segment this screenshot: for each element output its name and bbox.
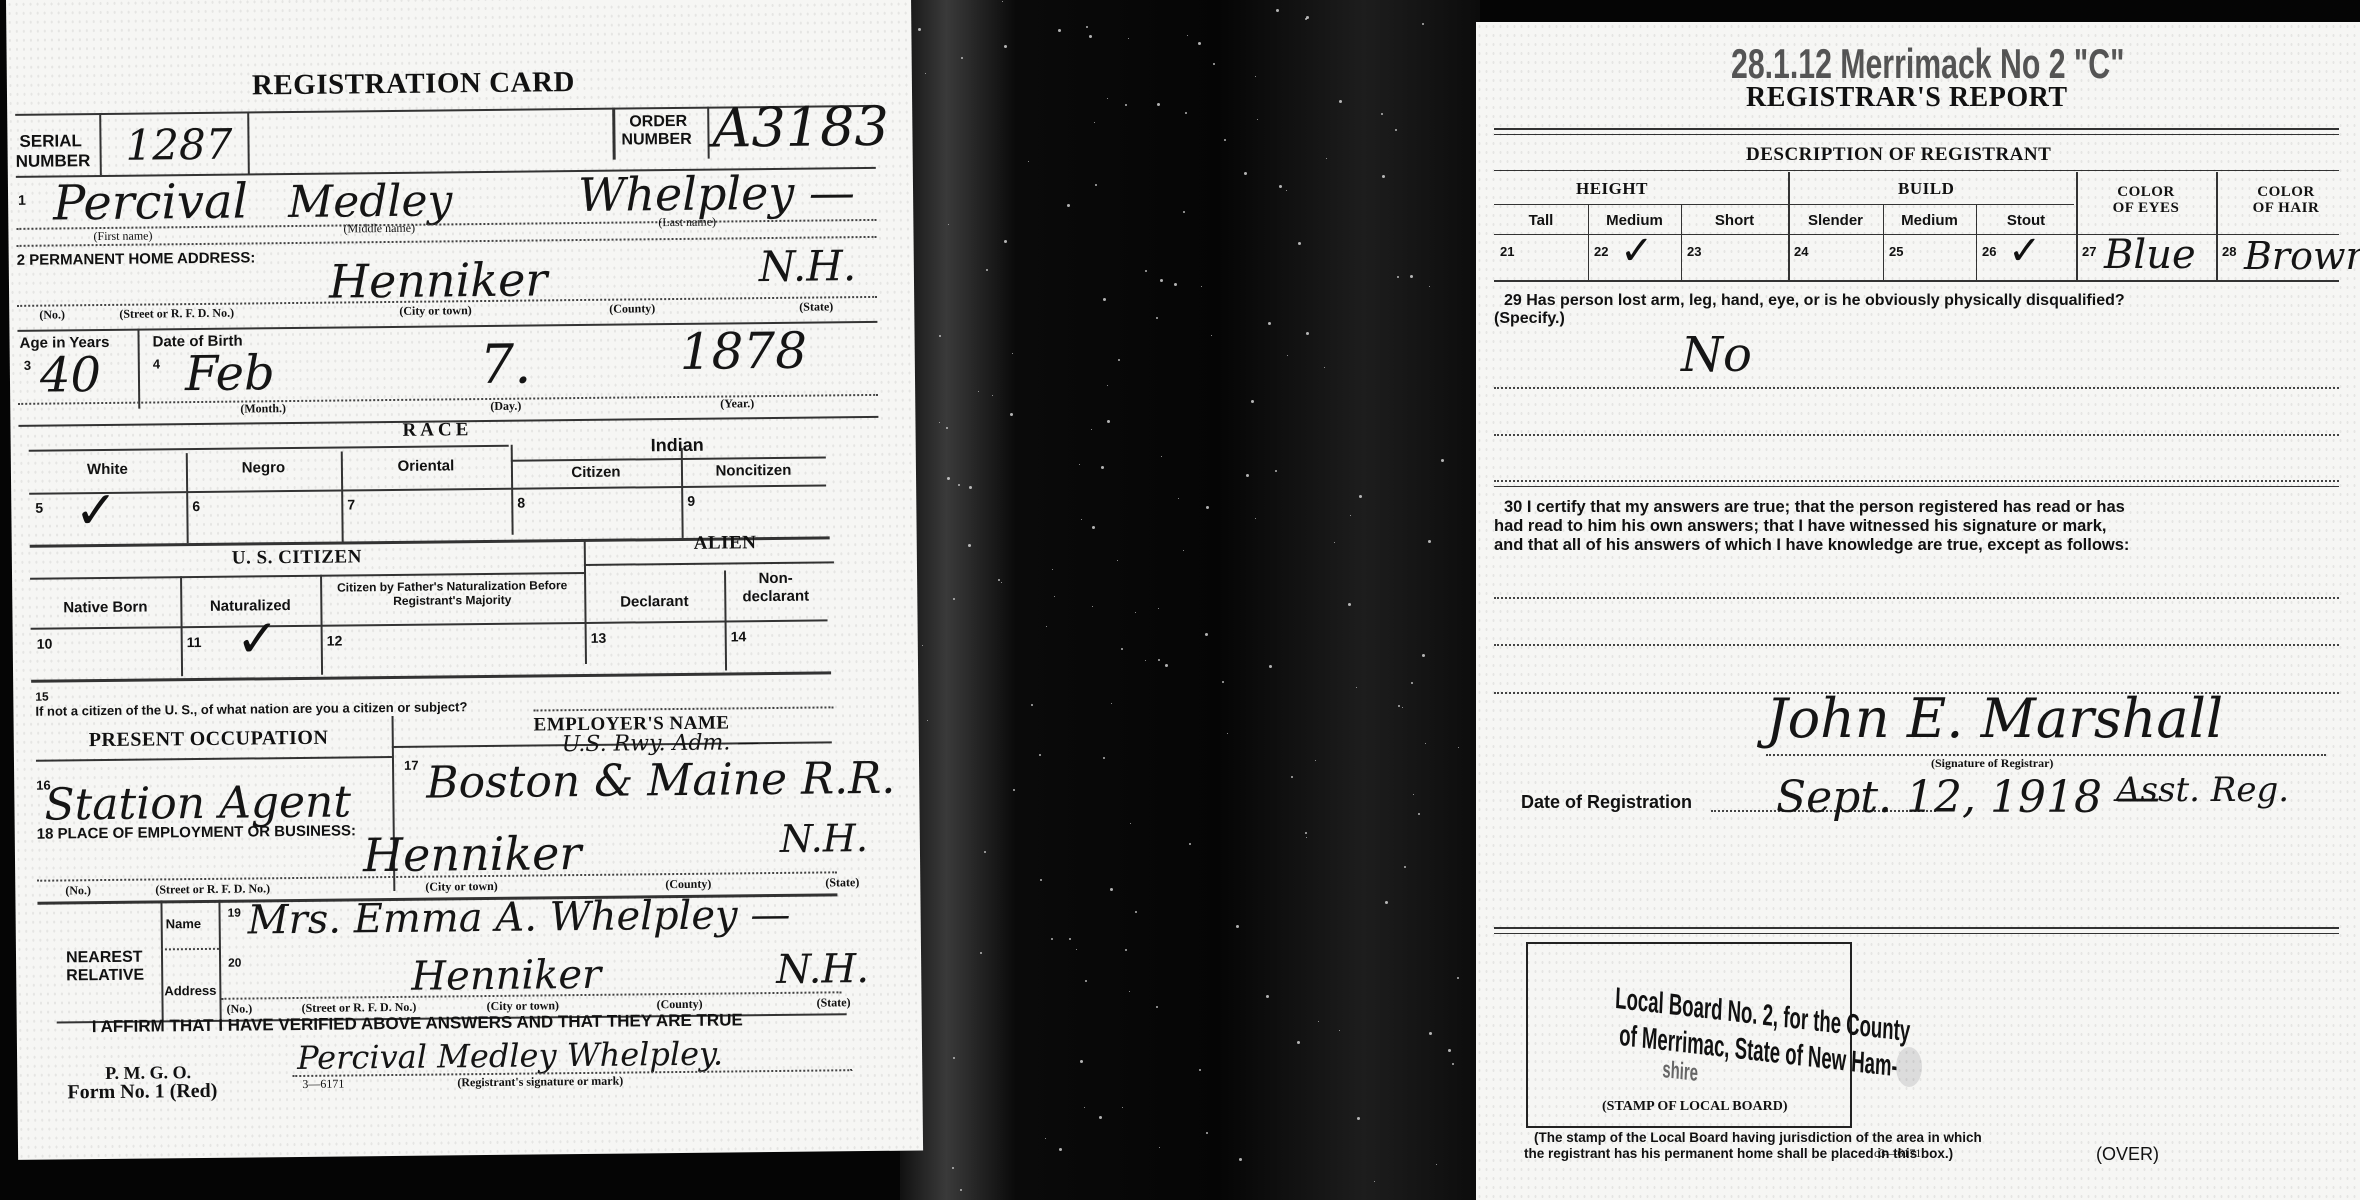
description-field-number: 23 [1687,244,1701,259]
nearest-relative-label: NEAREST [66,949,143,968]
race-field-number: 7 [347,496,355,512]
home-state: N.H. [759,241,857,291]
age: 40 [40,347,102,404]
employer: Boston & Maine R.R. [426,753,896,809]
field-caption: (Year.) [720,396,754,411]
occupation-heading: PRESENT OCCUPATION [89,727,329,753]
field-caption: (City or town) [399,303,472,319]
registrars-report-back: 28.1.12 Merrimack No 2 "C" REGISTRAR'S R… [1476,22,2360,1200]
smudge [1896,1047,1922,1087]
citizenship-field-number: 13 [591,630,607,646]
description-heading: DESCRIPTION OF REGISTRANT [1746,144,2051,166]
hair-color-heading: COLOR [2236,184,2336,201]
field-caption: (State) [816,995,850,1010]
over-label: (OVER) [2096,1144,2159,1165]
employment-state: N.H. [780,816,869,861]
description-column-label: Medium [1883,212,1976,229]
eye-color-heading: COLOR [2096,184,2196,201]
registration-date: Sept. 12, 1918 — [1776,772,2160,823]
employment-place-label: 18 PLACE OF EMPLOYMENT OR BUSINESS: [37,822,356,842]
employer-note: U.S. Rwy. Adm. — [562,730,760,757]
dob-year: 1878 [679,322,807,381]
description-column-label: Slender [1788,212,1883,229]
race-column-label: Noncitizen [687,462,820,480]
registrar-signature: John E. Marshall [1766,687,2223,750]
race-field-number: 9 [687,493,695,509]
citizenship-column-label: Citizen by Father's Naturalization Befor… [324,578,580,609]
description-column-label: Short [1681,212,1788,229]
serial-label: SERIAL [19,131,82,152]
race-column-label: Citizen [517,463,675,482]
race-field-number: 8 [517,495,525,511]
field-caption: (Day.) [490,399,521,414]
field-caption: (County) [609,301,655,316]
description-column-label: Stout [1976,212,2076,229]
q15-label: If not a citizen of the U. S., of what n… [35,699,467,719]
build-heading: BUILD [1898,179,1954,199]
q30-certify: 30 I certify that my answers are true; t… [1504,498,2125,517]
print-code: c3—6171 [1874,1146,1921,1161]
description-column-label: Medium [1588,212,1681,229]
check-mark: ✓ [1620,228,1654,274]
check-mark: ✓ [74,481,118,541]
field-caption: (Month.) [240,401,286,416]
check-mark: ✓ [235,609,279,669]
description-field-number: 24 [1794,244,1808,259]
field-caption: (No.) [227,1001,253,1016]
eye-color: Blue [2104,232,2196,278]
citizenship-column-label: Native Born [34,598,176,617]
middle-name: Medley [288,175,453,228]
citizenship-field-number: 11 [187,634,202,650]
registration-card-front: REGISTRATION CARD SERIAL NUMBER 1287 ORD… [6,0,923,1160]
field-caption: (State) [825,875,859,890]
alien-heading: ALIEN [694,532,757,555]
race-field-number: 5 [35,500,43,516]
relative-city: Henniker [411,952,601,1000]
dob-day: 7. [480,333,532,397]
description-field-number: 21 [1500,244,1514,259]
relative-state: N.H. [776,946,869,993]
check-mark: ✓ [2008,228,2042,274]
race-column-label: Negro [192,459,335,477]
race-heading: RACE [402,419,472,442]
file-stamp: 28.1.12 Merrimack No 2 "C" [1731,40,2124,88]
field-caption: (County) [665,877,711,892]
order-number: A3183 [712,95,889,160]
q29-question: 29 Has person lost arm, leg, hand, eye, … [1504,292,2125,310]
field-caption: (State) [799,299,833,314]
last-name: Whelpley — [578,165,855,222]
local-board-stamp-box: Local Board No. 2, for the County of Mer… [1526,942,1852,1128]
order-label: ORDER [629,113,687,132]
description-column-label: Tall [1494,212,1588,229]
affirm-statement: I AFFIRM THAT I HAVE VERIFIED ABOVE ANSW… [92,1010,743,1037]
citizenship-field-number: 10 [37,636,53,652]
dob-month: Feb [185,345,275,402]
home-address-label: 2 PERMANENT HOME ADDRESS: [17,249,256,268]
scanner-background [900,0,1480,1200]
registrar-title: Asst. Reg. [2116,770,2289,810]
description-field-number: 22 [1594,244,1608,259]
citizenship-field-number: 14 [731,628,747,644]
citizenship-column-label: Declarant [588,593,720,612]
citizenship-column-label: Non-declarant [728,569,823,606]
relative-name: Mrs. Emma A. Whelpley — [247,892,790,944]
serial-number: 1287 [125,120,232,170]
race-field-number: 6 [192,498,200,514]
first-name: Percival [53,173,248,231]
q29-answer: No [1681,327,1752,383]
field-caption: (Street or R. F. D. No.) [155,881,270,897]
citizenship-field-number: 12 [327,633,343,649]
us-citizen-heading: U. S. CITIZEN [232,546,362,569]
description-field-number: 26 [1982,244,1996,259]
report-title: REGISTRAR'S REPORT [1746,82,2068,114]
field-caption: (Street or R. F. D. No.) [119,306,234,322]
race-column-label: Oriental [347,457,505,476]
registration-date-label: Date of Registration [1521,792,1692,813]
height-heading: HEIGHT [1576,179,1648,199]
description-field-number: 25 [1889,244,1903,259]
field-caption: (No.) [65,883,91,898]
field-caption: (No.) [39,307,65,322]
hair-color: Brown [2244,234,2360,278]
card-title: REGISTRATION CARD [252,66,575,102]
race-column-label: White [35,460,180,479]
stamp-footnote: (The stamp of the Local Board having jur… [1534,1130,1982,1145]
field-caption: (City or town) [425,879,498,895]
